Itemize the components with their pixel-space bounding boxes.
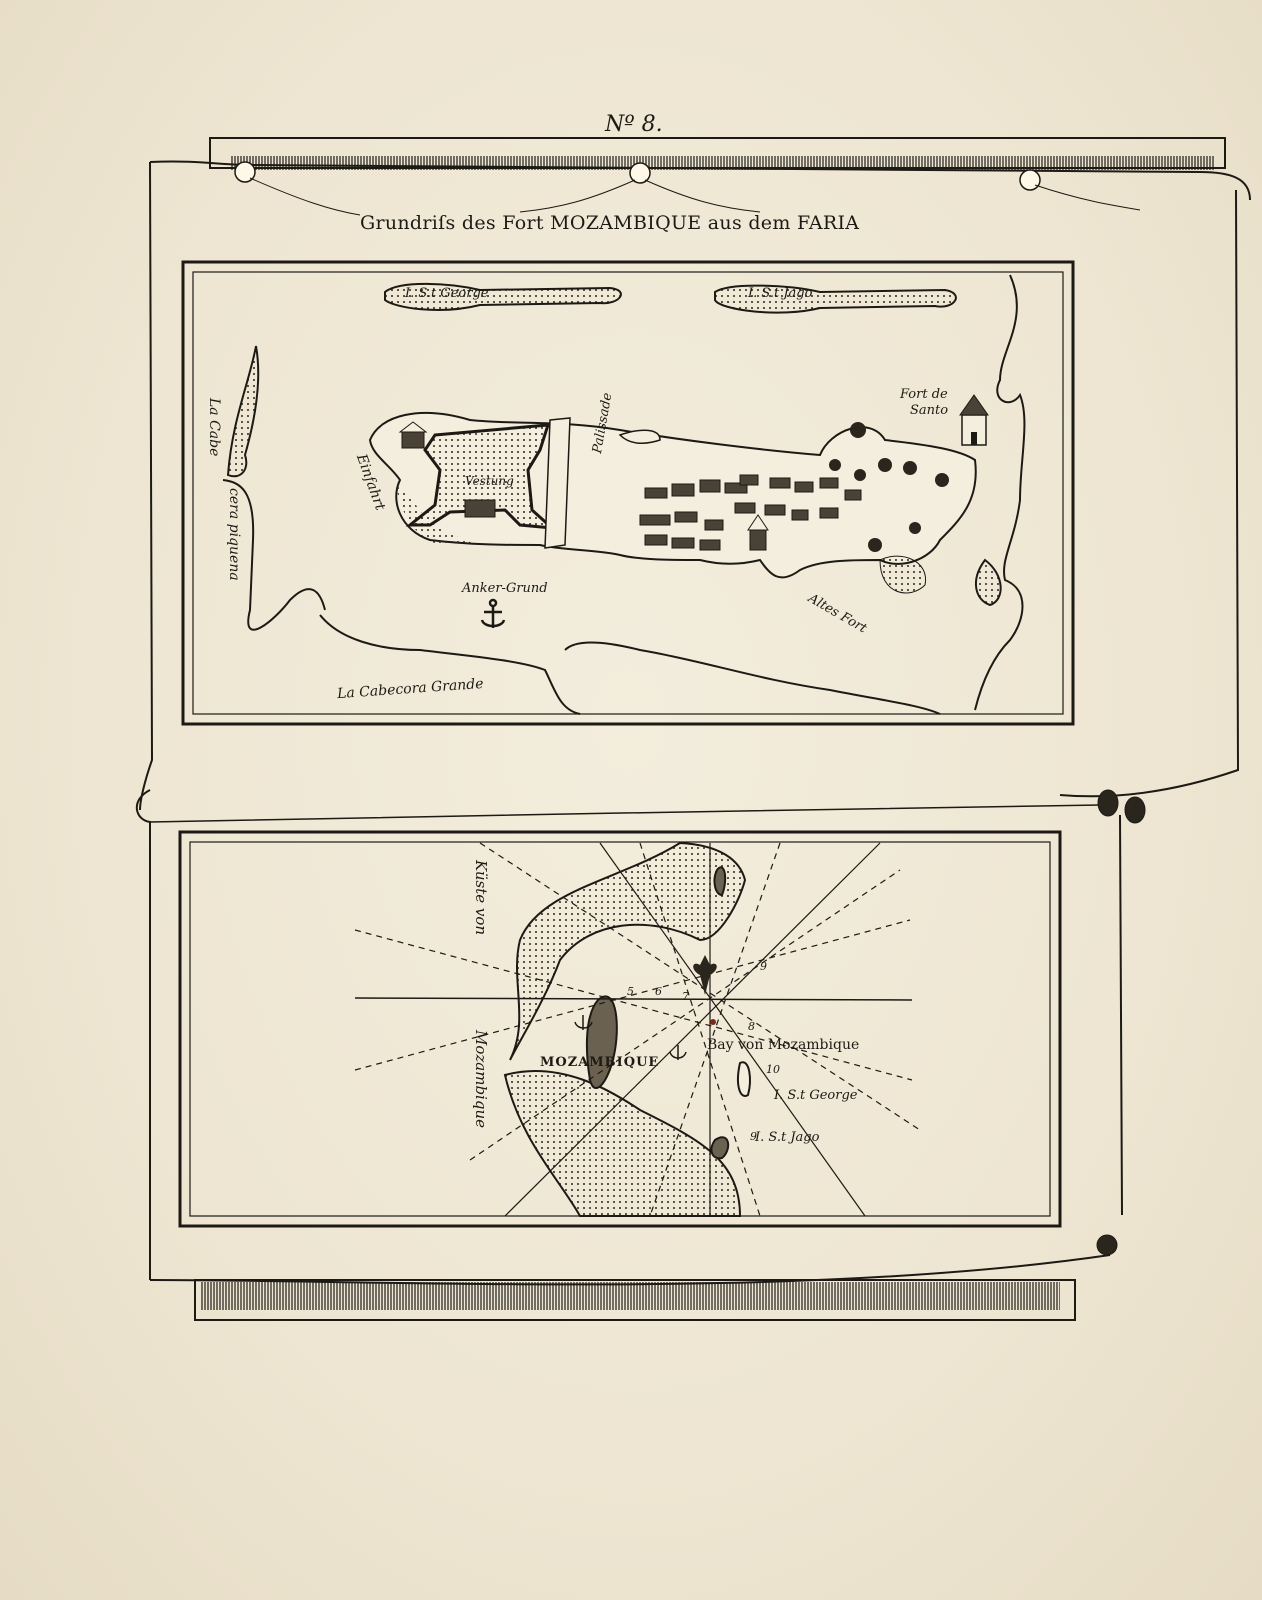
label-fort-de: Fort de [900, 387, 948, 402]
sounding-10: 10 [766, 1063, 780, 1076]
cabecora-grande-coast [320, 615, 940, 714]
anchor-icon [482, 600, 504, 628]
sounding-9-north: 9 [760, 960, 767, 973]
label-kuste-von: Küste von [472, 860, 490, 935]
sounding-6: 6 [655, 985, 662, 998]
label-island-st-jago: I. S.t Jago [748, 286, 812, 301]
plate-title: Grundriſs des Fort MOZAMBIQUE aus dem FA… [360, 212, 859, 234]
antique-map-sheet: Nº 8. Grundriſs des Fort MOZAMBIQUE aus … [0, 0, 1262, 1600]
label-island-st-george: I. S.t George [405, 286, 488, 301]
mozambique-island [587, 996, 617, 1088]
label-cera-piquena: cera piquena [226, 488, 242, 581]
label-vestung: Vestung [465, 474, 514, 488]
label-bay-von-mozambique: Bay von Mozambique [707, 1037, 859, 1053]
sounding-9-south: 9 [750, 1130, 757, 1143]
label-mozambique: MOZAMBIQUE [540, 1055, 659, 1070]
bay-coastline [505, 843, 745, 1216]
sounding-5: 5 [627, 985, 634, 998]
label-anker-grund: Anker-Grund [462, 581, 548, 596]
sounding-8: 8 [748, 1020, 755, 1033]
right-coast [975, 275, 1024, 710]
label-kuste-mozambique: Mozambique [472, 1030, 490, 1128]
label-la-cabe: La Cabe [206, 398, 222, 456]
tower-icon [960, 395, 988, 445]
fleur-de-lis-icon [693, 955, 717, 995]
engraving-artwork [0, 0, 1262, 1600]
label-st-george: I. S.t George [774, 1088, 857, 1103]
label-santo: Santo [910, 403, 948, 418]
sounding-7: 7 [682, 990, 689, 1003]
ink-spot [710, 1019, 716, 1025]
label-st-jago: I. S.t Jago [755, 1130, 819, 1145]
plate-number: Nº 8. [605, 112, 663, 137]
